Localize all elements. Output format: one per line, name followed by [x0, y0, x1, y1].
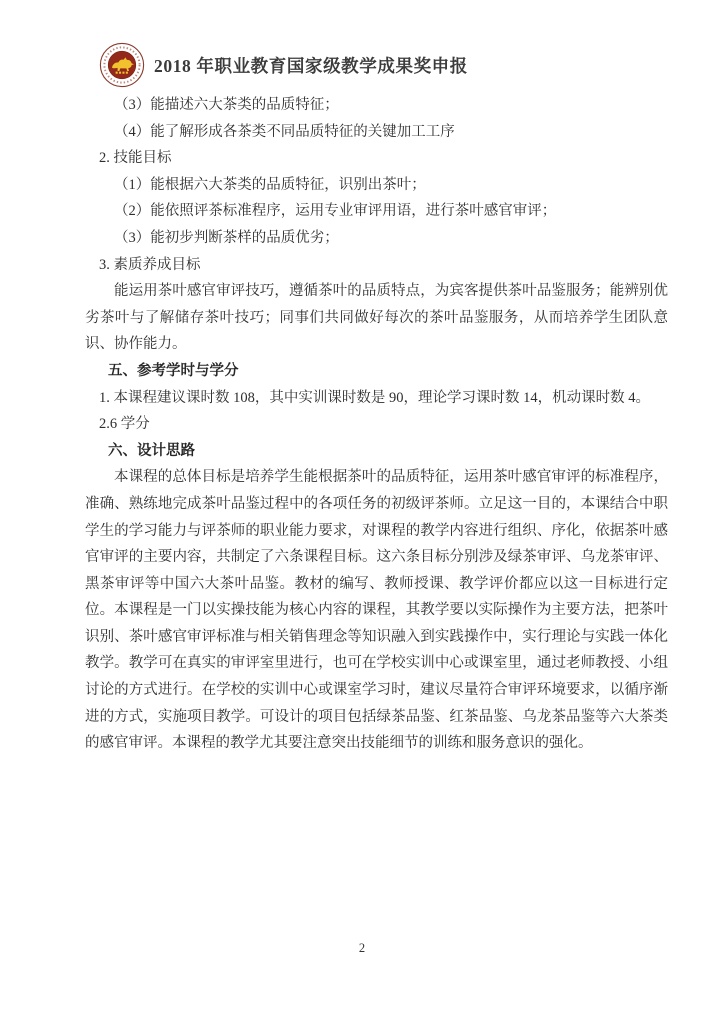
- paragraph: 能运用茶叶感官审评技巧，遵循茶叶的品质特点，为宾客提供茶叶品鉴服务；能辨别优劣茶…: [85, 278, 668, 358]
- page-title: 2018 年职业教育国家级教学成果奖申报: [154, 53, 468, 78]
- list-item: （2）能依照评茶标准程序，运用专业审评用语，进行茶叶感官审评；: [85, 198, 668, 225]
- section-heading: 六、设计思路: [85, 438, 668, 465]
- sub-heading: 3. 素质养成目标: [85, 252, 668, 279]
- list-item: 1. 本课程建议课时数 108，其中实训课时数是 90，理论学习课时数 14，机…: [85, 385, 668, 412]
- sub-heading: 2. 技能目标: [85, 145, 668, 172]
- list-item: （3）能描述六大茶类的品质特征；: [85, 92, 668, 119]
- paragraph: 本课程的总体目标是培养学生能根据茶叶的品质特征，运用茶叶感官审评的标准程序，准确…: [85, 464, 668, 757]
- section-heading: 五、参考学时与学分: [85, 358, 668, 385]
- list-item: （1）能根据六大茶类的品质特征，识别出茶叶；: [85, 172, 668, 199]
- school-seal-icon: [99, 42, 145, 88]
- page-number: 2: [0, 941, 724, 956]
- document-body: （3）能描述六大茶类的品质特征； （4）能了解形成各茶类不同品质特征的关键加工工…: [85, 92, 668, 757]
- document-page: 2018 年职业教育国家级教学成果奖申报 （3）能描述六大茶类的品质特征； （4…: [0, 0, 724, 1024]
- list-item: （4）能了解形成各茶类不同品质特征的关键加工工序: [85, 119, 668, 146]
- list-item: （3）能初步判断茶样的品质优劣；: [85, 225, 668, 252]
- list-item: 2.6 学分: [85, 411, 668, 438]
